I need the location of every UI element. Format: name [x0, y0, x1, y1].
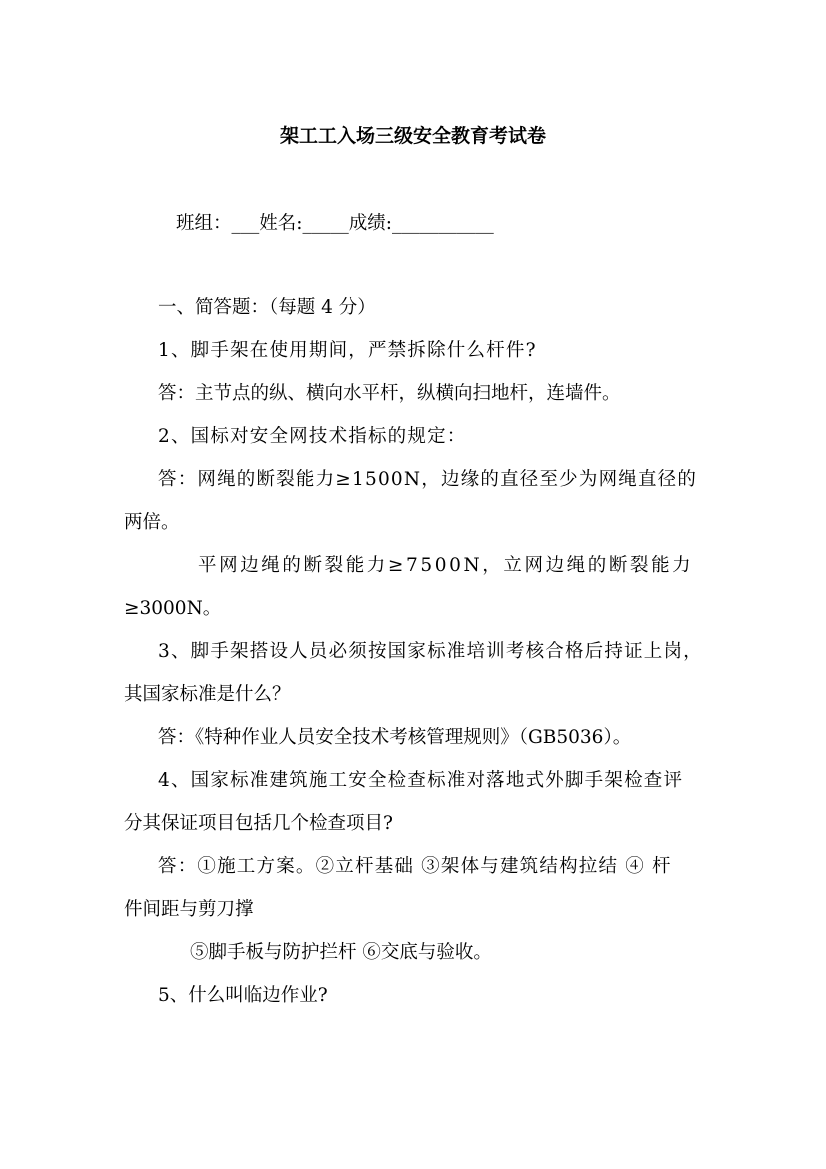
section-heading: 一、简答题：（每题 4 分） [158, 296, 376, 320]
header-fields: 班组：___姓名:_____成绩:___________ [176, 212, 494, 236]
answer-2-line-4: ≥3000N。 [124, 597, 221, 621]
question-2: 2、国标对安全网技术指标的规定： [158, 425, 466, 449]
question-4-line-2: 分其保证项目包括几个检查项目? [124, 812, 393, 836]
answer-2-line-2: 两倍。 [124, 511, 180, 535]
page-title: 架工工入场三级安全教育考试卷 [0, 121, 826, 148]
answer-2-line-1: 答：网绳的断裂能力≥1500N，边缘的直径至少为网绳直径的 [158, 468, 697, 492]
question-4-line-1: 4、国家标准建筑施工安全检查标准对落地式外脚手架检查评 [158, 769, 683, 793]
answer-2-line-3: 平网边绳的断裂能力≥7500N，立网边绳的断裂能力 [198, 554, 693, 578]
answer-4-line-3: ⑤脚手板与防护拦杆 ⑥交底与验收。 [190, 941, 492, 965]
question-3-line-2: 其国家标准是什么？ [124, 683, 291, 707]
answer-4-line-2: 件间距与剪刀撑 [124, 898, 254, 922]
document-page: 架工工入场三级安全教育考试卷 班组：___姓名:_____成绩:________… [0, 0, 826, 1169]
question-5: 5、什么叫临边作业? [158, 984, 328, 1008]
answer-3: 答：《特种作业人员安全技术考核管理规则》（GB5036）。 [158, 726, 631, 750]
question-1: 1、脚手架在使用期间，严禁拆除什么杆件? [158, 339, 537, 363]
answer-4-line-1: 答：①施工方案。②立杆基础 ③架体与建筑结构拉结 ④ 杆 [158, 855, 672, 879]
question-3-line-1: 3、脚手架搭设人员必须按国家标准培训考核合格后持证上岗， [158, 640, 703, 664]
answer-1: 答：主节点的纵、横向水平杆，纵横向扫地杆，连墙件。 [158, 382, 621, 406]
